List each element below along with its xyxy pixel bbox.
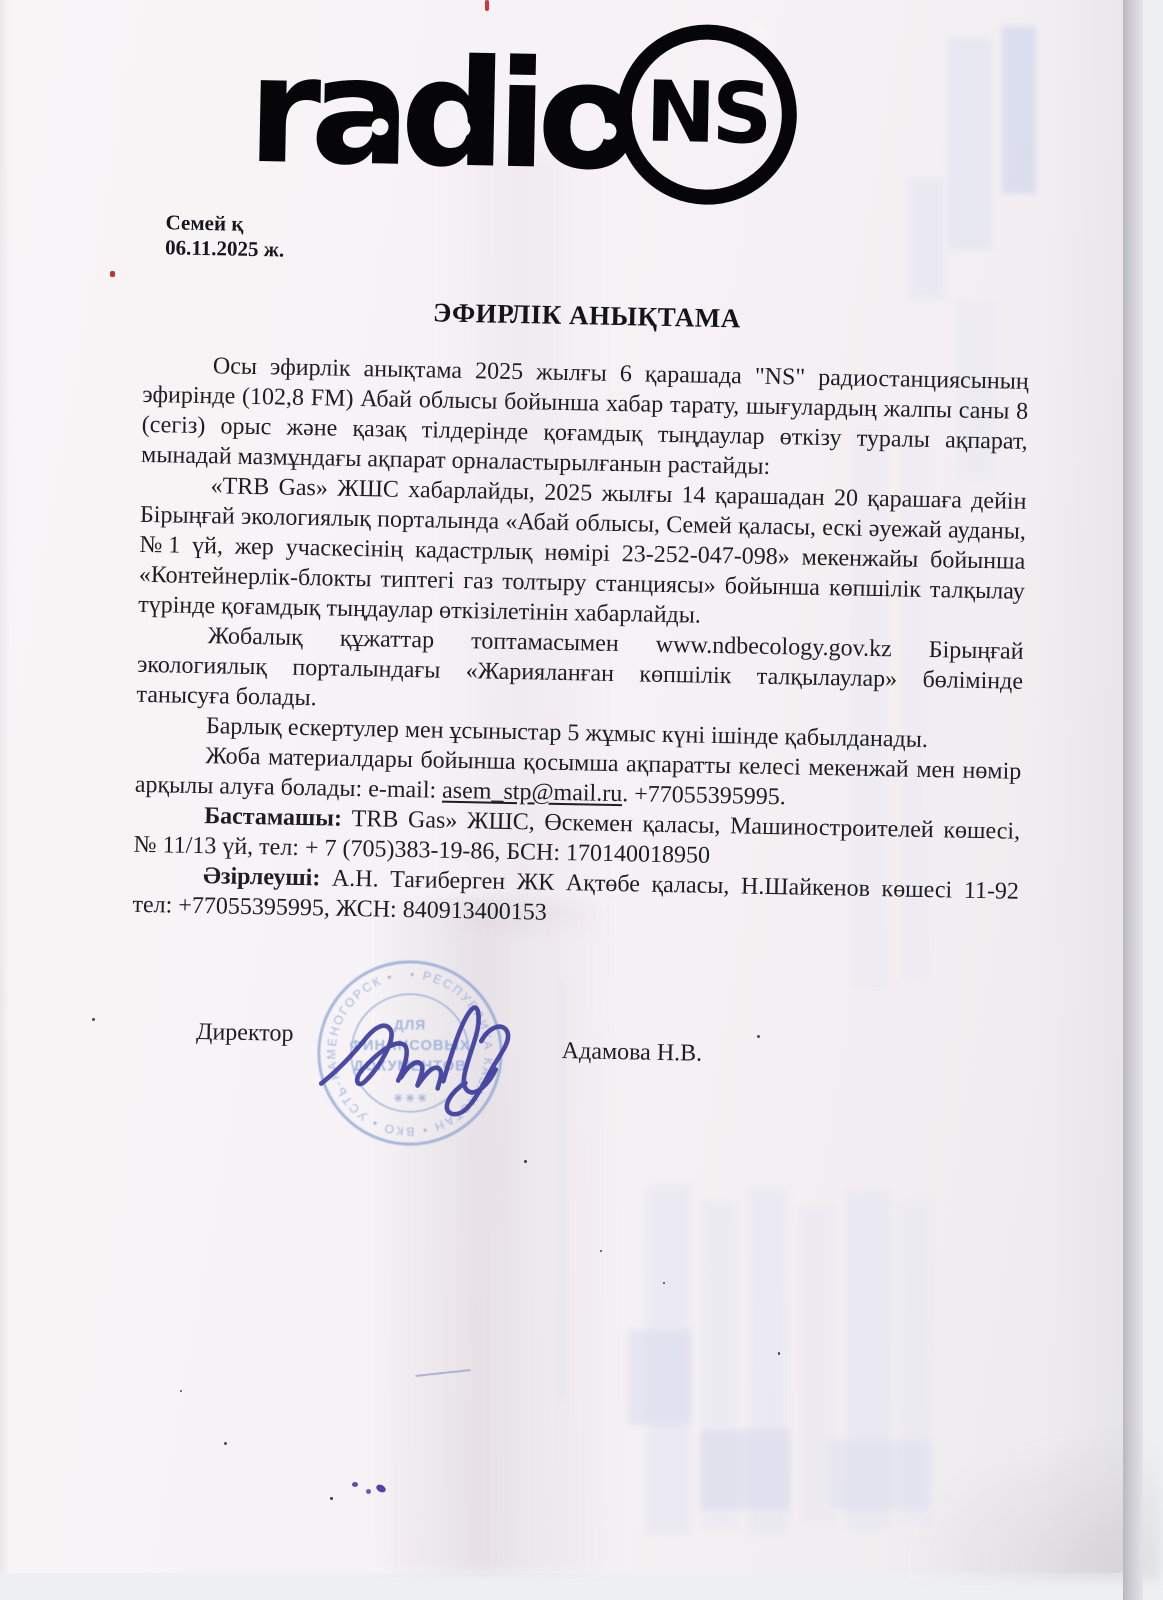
paragraph-portal-text: Жобалық құжаттар топтамасымен www.ndbeco… (136, 623, 1023, 711)
document-date: 06.11.2025 ж. (165, 235, 285, 262)
scanner-page-edge (1123, 0, 1143, 1600)
place-date-block: Семей қ 06.11.2025 ж. (165, 210, 285, 262)
developer-label: Әзірлеуші: (203, 863, 321, 891)
paragraph-intro: Осы эфирлік анықтама 2025 жылғы 6 қараша… (141, 350, 1029, 487)
logo-word-radio: radio (246, 36, 630, 191)
paper-sheet: radio NS Семей қ 06.11.2025 ж. ЭФИРЛІК А… (0, 0, 1123, 1573)
paragraph-announcement-text: «TRB Gas» ЖШС хабарлайды, 2025 жылғы 14 … (138, 473, 1027, 628)
logo-ns-circle: NS (615, 23, 798, 206)
document-content: radio NS Семей қ 06.11.2025 ж. ЭФИРЛІК А… (0, 0, 1130, 1591)
email-address: asem_stp@mail.ru (442, 778, 623, 807)
logo-circle-notch (748, 19, 771, 41)
paragraph-intro-text: Осы эфирлік анықтама 2025 жылғы 6 қараша… (141, 353, 1029, 480)
document-title: ЭФИРЛІК АНЫҚТАМА (144, 292, 1030, 340)
contacts-phone: . +77055395995. (622, 781, 786, 810)
logo-ns-letters: NS (645, 62, 770, 162)
signature-ink (312, 982, 542, 1132)
radio-ns-logo: radio NS (246, 24, 798, 207)
signer-name: Адамова Н.В. (562, 1038, 703, 1068)
document-body: ЭФИРЛІК АНЫҚТАМА Осы эфирлік анықтама 20… (132, 292, 1030, 937)
paragraph-portal: Жобалық құжаттар топтамасымен www.ndbeco… (136, 620, 1024, 727)
paragraph-announcement: «TRB Gas» ЖШС хабарлайды, 2025 жылғы 14 … (138, 470, 1027, 637)
initiator-label: Бастамашы: (204, 803, 342, 832)
document-city: Семей қ (165, 210, 285, 237)
signer-role: Директор (196, 1019, 294, 1048)
signature-row: Директор Адамова Н.В. (130, 1018, 1017, 1075)
scanned-document-page: { "logo": { "word": "radio", "ns": "NS" … (0, 0, 1163, 1600)
